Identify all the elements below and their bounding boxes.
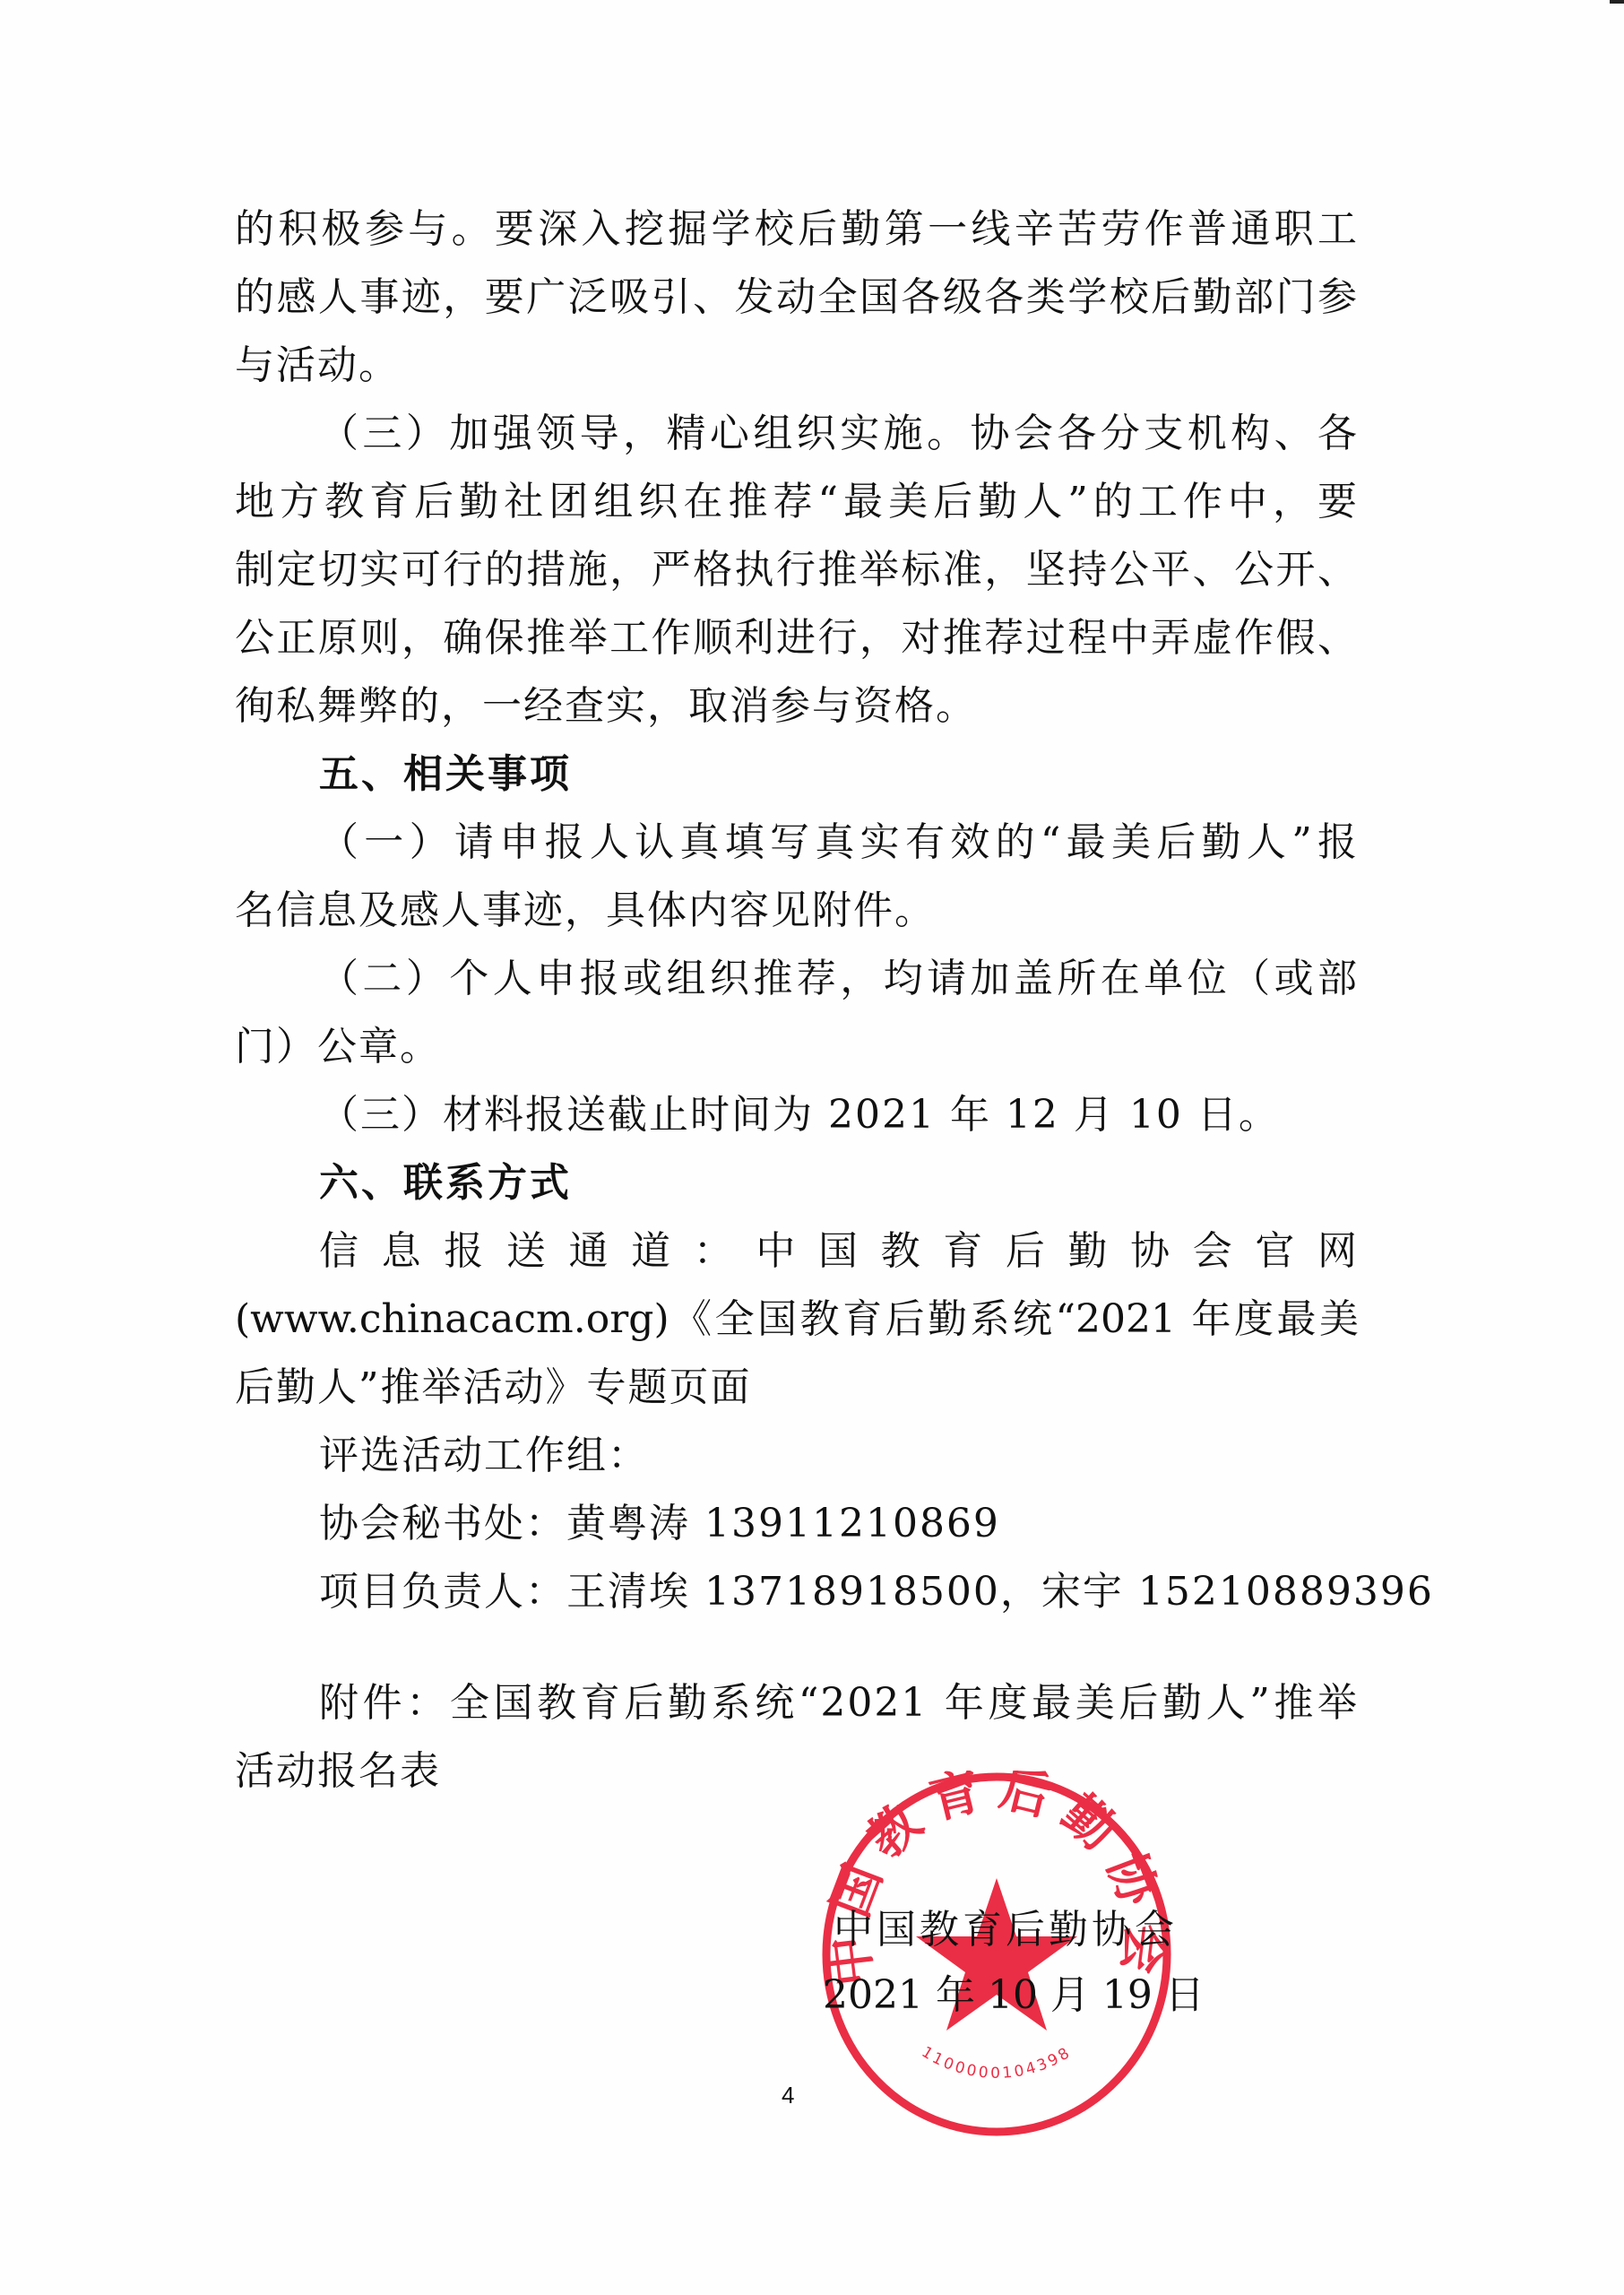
paragraph-line: （三）材料报送截止时间为 2021 年 12 月 10 日。 — [319, 1090, 1359, 1140]
paragraph-line: 制定切实可行的措施，严格执行推举标准，坚持公平、公开、 — [235, 545, 1359, 595]
contact-project-leads: 项目负责人：王清埃 13718918500，宋宇 15210889396 — [319, 1567, 1359, 1617]
paragraph-line: 门）公章。 — [235, 1022, 1359, 1072]
paragraph-line: 地方教育后勤社团组织在推荐“最美后勤人”的工作中，要 — [235, 477, 1359, 527]
paragraph-line: 的感人事迹，要广泛吸引、发动全国各级各类学校后勤部门参 — [235, 273, 1359, 323]
paragraph-line: 公正原则，确保推举工作顺利进行，对推荐过程中弄虚作假、 — [235, 613, 1359, 663]
paragraph-line: （二）个人申报或组织推荐，均请加盖所在单位（或部 — [319, 954, 1359, 1004]
scan-artifact — [1610, 0, 1624, 4]
signature-date: 2021 年 10 月 19 日 — [823, 1970, 1205, 2021]
paragraph-line: 与活动。 — [235, 341, 1359, 391]
paragraph-line: 的积极参与。要深入挖掘学校后勤第一线辛苦劳作普通职工 — [235, 204, 1359, 255]
contact-channel-line: (www.chinacacm.org)《全国教育后勤系统“2021 年度最美 — [235, 1295, 1359, 1345]
paragraph-line: （三）加强领导，精心组织实施。协会各分支机构、各 — [319, 409, 1359, 459]
page-number: 4 — [782, 2082, 794, 2109]
work-group-label: 评选活动工作组： — [319, 1431, 1359, 1481]
paragraph-line: 徇私舞弊的，一经查实，取消参与资格。 — [235, 681, 1359, 732]
contact-channel-line: 信息报送通道：中国教育后勤协会官网 — [319, 1226, 1359, 1277]
paragraph-line: 名信息及感人事迹，具体内容见附件。 — [235, 886, 1359, 936]
paragraph-line: （一）请申报人认真填写真实有效的“最美后勤人”报 — [319, 818, 1359, 868]
attachment-line: 活动报名表 — [235, 1746, 1359, 1797]
section-heading: 五、相关事项 — [319, 749, 1443, 800]
section-heading: 六、联系方式 — [319, 1158, 1443, 1208]
contact-channel-line: 后勤人”推举活动》专题页面 — [235, 1363, 1359, 1413]
svg-text:1100000104398: 1100000104398 — [919, 2043, 1075, 2083]
signature-organization: 中国教育后勤协会 — [834, 1905, 1178, 1955]
document-page: 的积极参与。要深入挖掘学校后勤第一线辛苦劳作普通职工 的感人事迹，要广泛吸引、发… — [0, 0, 1624, 2295]
contact-secretariat: 协会秘书处：黄粤涛 13911210869 — [319, 1499, 1359, 1549]
attachment-line: 附件：全国教育后勤系统“2021 年度最美后勤人”推举 — [319, 1678, 1359, 1728]
